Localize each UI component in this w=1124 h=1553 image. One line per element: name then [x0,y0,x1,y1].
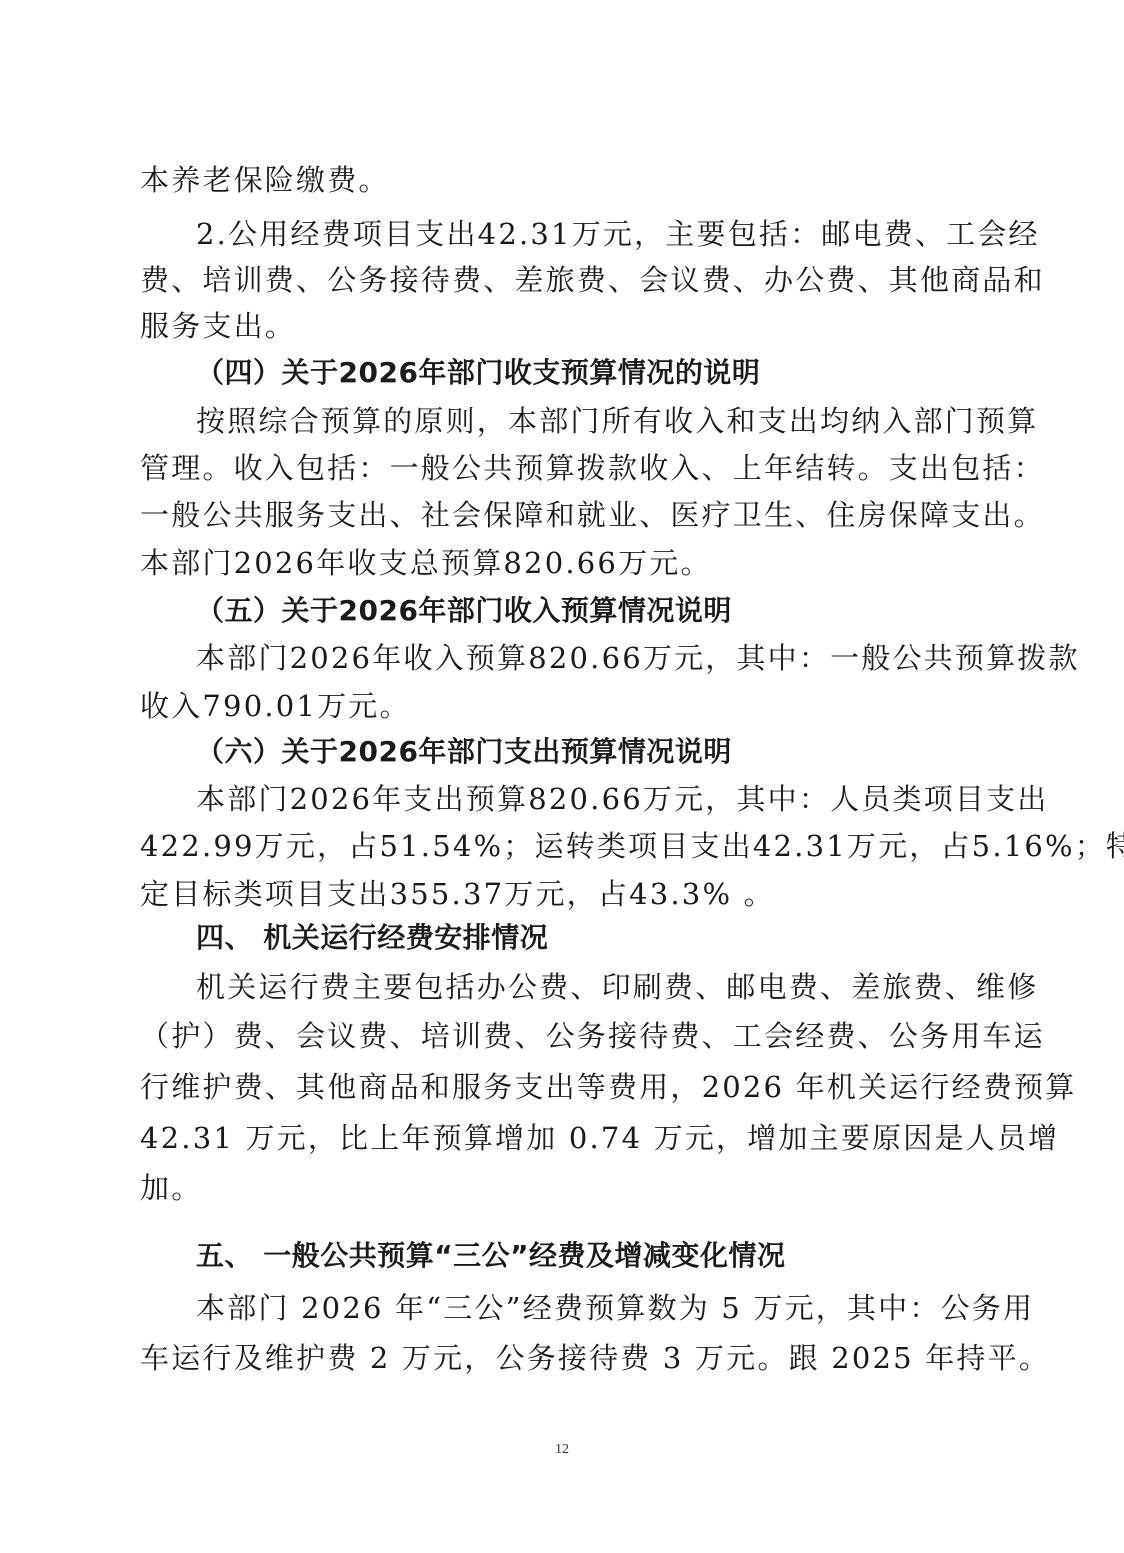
paragraph-line: 行维护费、其他商品和服务支出等费用，2026 年机关运行经费预算 [140,1069,1076,1105]
paragraph-line: 本部门2026年支出预算820.66万元，其中：人员类项目支出 [196,781,1048,817]
paragraph-line: 422.99万元，占51.54%；运转类项目支出42.31万元，占5.16%；特 [140,828,1124,864]
paragraph-line: 本部门 2026 年“三公”经费预算数为 5 万元，其中：公务用 [196,1290,1034,1326]
section-heading: 四、 机关运行经费安排情况 [196,920,548,956]
section-heading: 五、 一般公共预算“三公”经费及增减变化情况 [196,1238,786,1274]
paragraph-line: 加。 [140,1170,202,1206]
paragraph-line: （护）费、会议费、培训费、公务接待费、工会经费、公务用车运 [140,1018,1045,1054]
section-heading: （五）关于2026年部门收入预算情况说明 [196,593,732,629]
paragraph-line: 管理。收入包括：一般公共预算拨款收入、上年结转。支出包括： [140,450,1045,486]
paragraph-line: 机关运行费主要包括办公费、印刷费、邮电费、差旅费、维修 [196,969,1038,1005]
section-heading: （四）关于2026年部门收支预算情况的说明 [196,355,760,391]
paragraph-line: 本部门2026年收支总预算820.66万元。 [140,545,712,581]
page-number: 12 [0,1442,1124,1458]
paragraph-line: 按照综合预算的原则，本部门所有收入和支出均纳入部门预算 [196,403,1038,439]
paragraph-line: 2.公用经费项目支出42.31万元，主要包括：邮电费、工会经 [196,216,1040,252]
paragraph-line: 收入790.01万元。 [140,688,411,724]
paragraph-line: 服务支出。 [140,308,296,344]
paragraph-line: 本部门2026年收入预算820.66万元，其中：一般公共预算拨款 [196,640,1080,676]
section-heading: （六）关于2026年部门支出预算情况说明 [196,734,732,770]
paragraph-line: 一般公共服务支出、社会保障和就业、医疗卫生、住房保障支出。 [140,497,1045,533]
paragraph-line: 费、培训费、公务接待费、差旅费、会议费、办公费、其他商品和 [140,262,1045,298]
paragraph-line: 定目标类项目支出355.37万元，占43.3% 。 [140,876,775,912]
paragraph-line: 车运行及维护费 2 万元，公务接待费 3 万元。跟 2025 年持平。 [140,1340,1050,1376]
paragraph-line: 42.31 万元，比上年预算增加 0.74 万元，增加主要原因是人员增 [140,1120,1059,1156]
paragraph-line: 本养老保险缴费。 [140,162,390,198]
